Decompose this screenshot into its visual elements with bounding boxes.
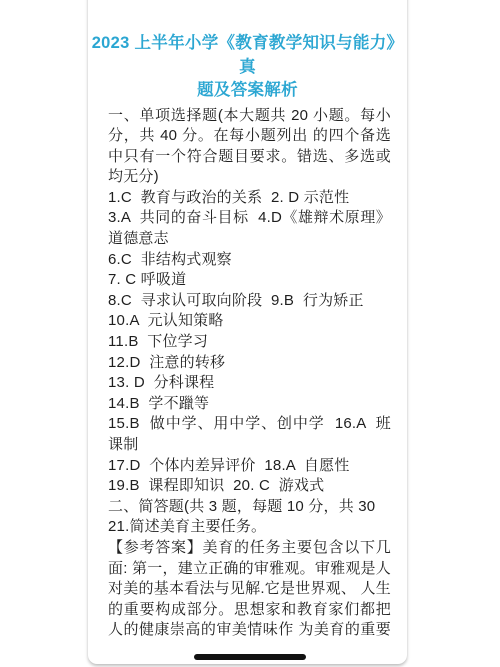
document-viewer-screen: 2023 上半年小学《教育教学知识与能力》真 题及答案解析 一、单项选择题(本大… (0, 0, 500, 667)
section1-header-line: 一、单项选择题(本大题共 20 小题。每小题 2 (108, 106, 391, 127)
home-indicator-bar[interactable] (194, 654, 306, 660)
document-page: 2023 上半年小学《教育教学知识与能力》真 题及答案解析 一、单项选择题(本大… (88, 0, 407, 664)
answer-line: 11.B 下位学习 (108, 332, 391, 353)
answer-line: 3.A 共同的奋斗目标 4.D《雄辩术原理》 5.C (108, 208, 391, 229)
answer-line: 6.C 非结构式观察 (108, 250, 391, 271)
answer-line: 8.C 寻求认可取向阶段 9.B 行为矫正 (108, 291, 391, 312)
document-title: 2023 上半年小学《教育教学知识与能力》真 题及答案解析 (88, 32, 407, 103)
section1-header-line: 均无分) (108, 167, 391, 188)
document-title-line: 2023 上半年小学《教育教学知识与能力》真 (88, 32, 407, 79)
reference-answer-line: 人的健康崇高的审美情味作 为美育的重要任 (108, 620, 391, 641)
answer-line: 7. C 呼吸道 (108, 270, 391, 291)
answer-line: 17.D 个体内差异评价 18.A 自愿性 (108, 456, 391, 477)
answer-line: 12.D 注意的转移 (108, 353, 391, 374)
section1-header-line: 中只有一个符合题目要求。错选、多选或未选 (108, 147, 391, 168)
reference-answer-line: 对美的基本看法与见解.它是世界观、 人生观 (108, 579, 391, 600)
answer-line: 15.B 做中学、用中学、创中学 16.A 班级授 (108, 414, 391, 435)
answer-line: 道德意志 (108, 229, 391, 250)
reference-answer-line: 的重要构成部分。思想家和教育家们都把培育 (108, 600, 391, 621)
answer-line: 课制 (108, 435, 391, 456)
document-title-line: 题及答案解析 (88, 79, 407, 103)
answer-line: 1.C 教育与政治的关系 2. D 示范性 (108, 188, 391, 209)
answer-line: 10.A 元认知策略 (108, 311, 391, 332)
section1-header-line: 分，共 40 分。在每小题列出 的四个备选项 (108, 126, 391, 147)
section2-header-line: 二、简答题(共 3 题，每题 10 分，共 30 分) (108, 497, 391, 518)
answer-line: 14.B 学不躐等 (108, 394, 391, 415)
document-body: 一、单项选择题(本大题共 20 小题。每小题 2 分，共 40 分。在每小题列出… (108, 106, 391, 641)
question-21-line: 21.简述美育主要任务。 (108, 517, 391, 538)
answer-line: 19.B 课程即知识 20. C 游戏式 (108, 476, 391, 497)
reference-answer-line: 面: 第一，建立正确的审雅观。审雅观是人们 (108, 559, 391, 580)
reference-answer-line: 【参考答案】美育的任务主要包含以下几个方 (108, 538, 391, 559)
answer-line: 13. D 分科课程 (108, 373, 391, 394)
